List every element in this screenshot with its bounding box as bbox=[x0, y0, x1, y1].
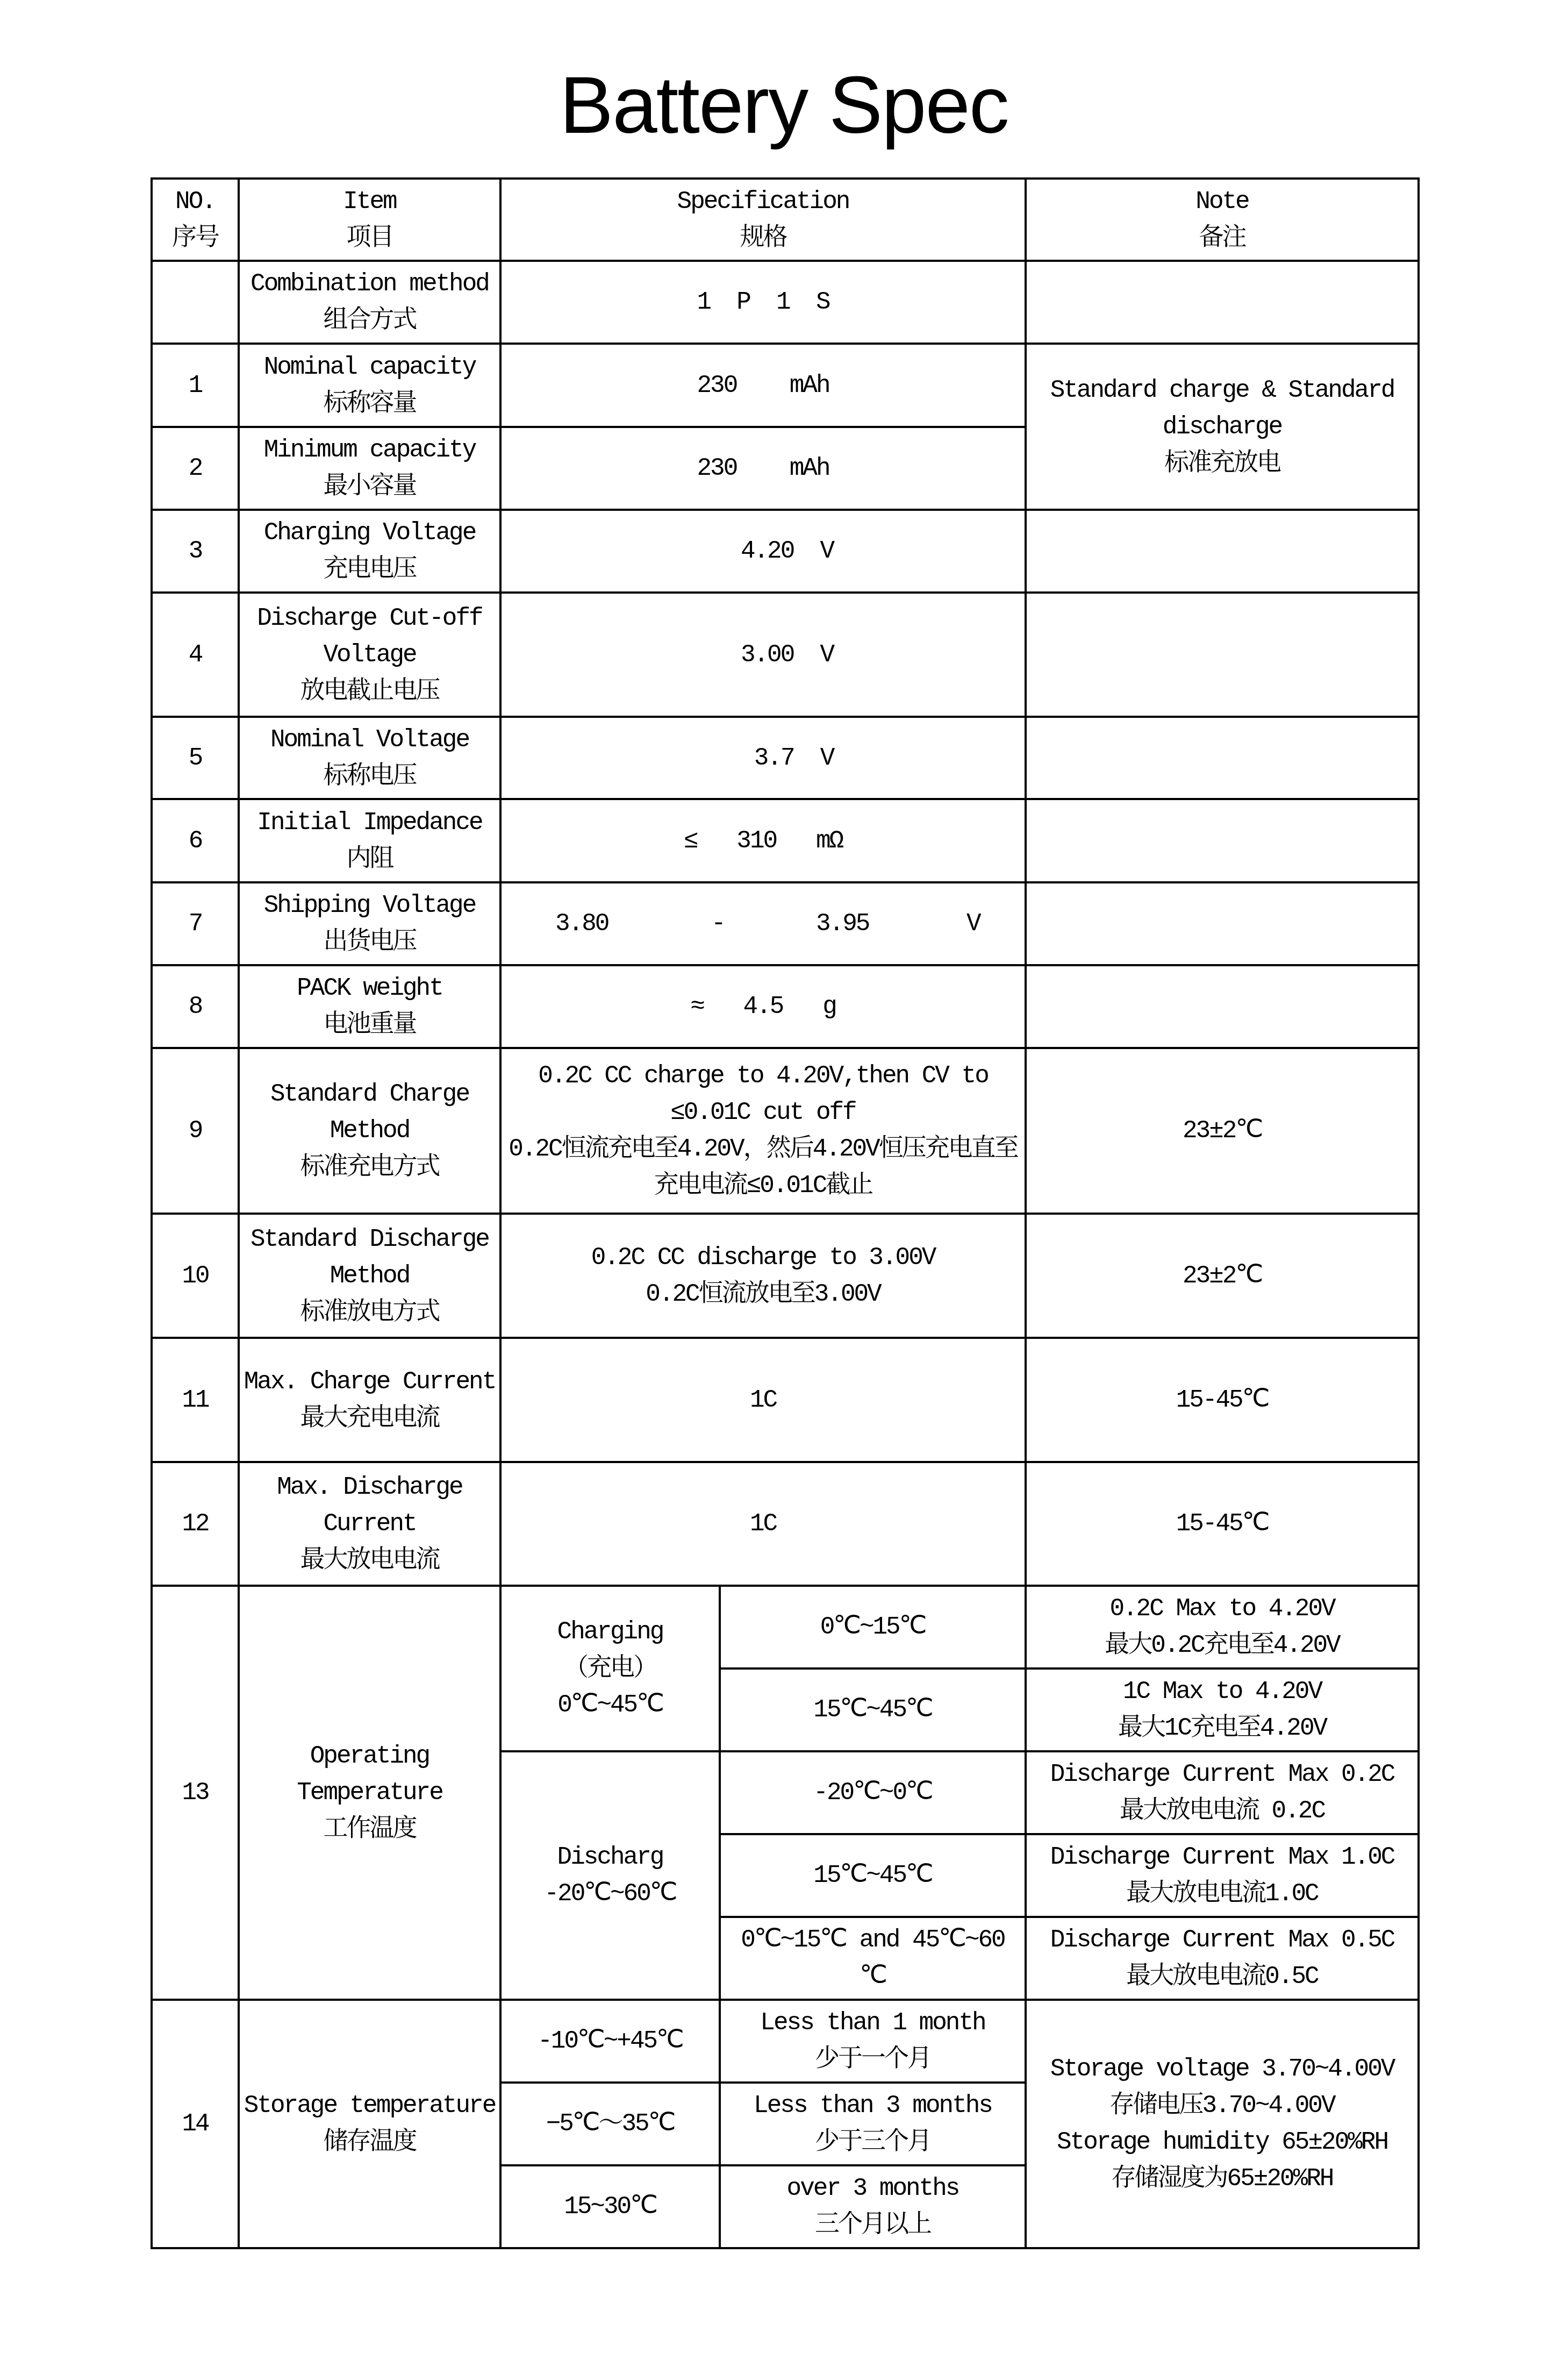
row-number: 7 bbox=[152, 882, 239, 965]
table-row: 9 Standard Charge Method 标准充电方式 0.2C CC … bbox=[152, 1048, 1419, 1214]
sub-note: Discharge Current Max 1.0C 最大放电电流1.0C bbox=[1026, 1834, 1419, 1917]
spec-value: 3.80-3.95V bbox=[500, 882, 1026, 965]
spec-value: ≤ 310 mΩ bbox=[500, 799, 1026, 882]
note-cell bbox=[1026, 261, 1419, 344]
row-number: 1 bbox=[152, 344, 239, 427]
spec-value: 1C bbox=[500, 1338, 1026, 1462]
header-item: Item 项目 bbox=[239, 179, 500, 261]
spec-value: 1C bbox=[500, 1462, 1026, 1586]
spec-value: 0.2C CC discharge to 3.00V 0.2C恒流放电至3.00… bbox=[500, 1214, 1026, 1338]
sub-range: 0℃~15℃ and 45℃~60 ℃ bbox=[720, 1917, 1026, 2000]
spec-value: 4.20 V bbox=[500, 510, 1026, 593]
row-number: 8 bbox=[152, 965, 239, 1048]
document-title: Battery Spec bbox=[0, 54, 1568, 156]
table-row: Combination method 组合方式 1 P 1 S bbox=[152, 261, 1419, 344]
table-row: 10 Standard Discharge Method 标准放电方式 0.2C… bbox=[152, 1214, 1419, 1338]
charging-range-cell: Charging （充电） 0℃~45℃ bbox=[500, 1586, 720, 1751]
table-row: 1 Nominal capacity 标称容量 230 mAh Standard… bbox=[152, 344, 1419, 427]
table-row: 7 Shipping Voltage 出货电压 3.80-3.95V bbox=[152, 882, 1419, 965]
item-cell: Standard Discharge Method 标准放电方式 bbox=[239, 1214, 500, 1338]
item-cell: Shipping Voltage 出货电压 bbox=[239, 882, 500, 965]
storage-range: −5℃～35℃ bbox=[500, 2083, 720, 2165]
item-cell: Initial Impedance 内阻 bbox=[239, 799, 500, 882]
sub-range: 0℃~15℃ bbox=[720, 1586, 1026, 1669]
note-cell: 23±2℃ bbox=[1026, 1214, 1419, 1338]
sub-range: -20℃~0℃ bbox=[720, 1751, 1026, 1834]
item-cell: Max. Discharge Current 最大放电电流 bbox=[239, 1462, 500, 1586]
note-cell bbox=[1026, 882, 1419, 965]
table-row: 3 Charging Voltage 充电电压 4.20 V bbox=[152, 510, 1419, 593]
row-number: 14 bbox=[152, 2000, 239, 2248]
spec-value: 3.00 V bbox=[500, 593, 1026, 717]
table-row-operating-1: 13 Operating Temperature 工作温度 Charging （… bbox=[152, 1586, 1419, 1669]
item-cell: Standard Charge Method 标准充电方式 bbox=[239, 1048, 500, 1214]
row-number: 4 bbox=[152, 593, 239, 717]
spec-value: 1 P 1 S bbox=[500, 261, 1026, 344]
table-row: 6 Initial Impedance 内阻 ≤ 310 mΩ bbox=[152, 799, 1419, 882]
header-row: NO. 序号 Item 项目 Specification 规格 Note 备注 bbox=[152, 179, 1419, 261]
item-cell: Charging Voltage 充电电压 bbox=[239, 510, 500, 593]
sub-note: 0.2C Max to 4.20V 最大0.2C充电至4.20V bbox=[1026, 1586, 1419, 1669]
item-cell: Discharge Cut-off Voltage 放电截止电压 bbox=[239, 593, 500, 717]
row-number: 13 bbox=[152, 1586, 239, 2000]
note-cell bbox=[1026, 799, 1419, 882]
item-cell: Operating Temperature 工作温度 bbox=[239, 1586, 500, 2000]
discharging-range-cell: Discharg -20℃~60℃ bbox=[500, 1751, 720, 2000]
table-row: 12 Max. Discharge Current 最大放电电流 1C 15-4… bbox=[152, 1462, 1419, 1586]
spec-value: 0.2C CC charge to 4.20V,then CV to ≤0.01… bbox=[500, 1048, 1026, 1214]
spec-value: 3.7 V bbox=[500, 717, 1026, 799]
spec-value: ≈ 4.5 g bbox=[500, 965, 1026, 1048]
sub-note: 1C Max to 4.20V 最大1C充电至4.20V bbox=[1026, 1669, 1419, 1751]
storage-duration: Less than 3 months 少于三个月 bbox=[720, 2083, 1026, 2165]
row-number: 10 bbox=[152, 1214, 239, 1338]
table-row: 11 Max. Charge Current 最大充电电流 1C 15-45℃ bbox=[152, 1338, 1419, 1462]
item-cell: Nominal capacity 标称容量 bbox=[239, 344, 500, 427]
row-number: 2 bbox=[152, 427, 239, 510]
table-row: 5 Nominal Voltage 标称电压 3.7 V bbox=[152, 717, 1419, 799]
row-number bbox=[152, 261, 239, 344]
table-row: 4 Discharge Cut-off Voltage 放电截止电压 3.00 … bbox=[152, 593, 1419, 717]
row-number: 5 bbox=[152, 717, 239, 799]
note-cell bbox=[1026, 510, 1419, 593]
storage-duration: Less than 1 month 少于一个月 bbox=[720, 2000, 1026, 2083]
note-cell: 15-45℃ bbox=[1026, 1462, 1419, 1586]
note-cell bbox=[1026, 965, 1419, 1048]
storage-note: Storage voltage 3.70~4.00V 存储电压3.70~4.00… bbox=[1026, 2000, 1419, 2248]
note-cell bbox=[1026, 717, 1419, 799]
note-cell bbox=[1026, 593, 1419, 717]
storage-duration: over 3 months 三个月以上 bbox=[720, 2165, 1026, 2248]
row-number: 9 bbox=[152, 1048, 239, 1214]
header-note: Note 备注 bbox=[1026, 179, 1419, 261]
item-cell: PACK weight 电池重量 bbox=[239, 965, 500, 1048]
sub-range: 15℃~45℃ bbox=[720, 1669, 1026, 1751]
battery-spec-table: NO. 序号 Item 项目 Specification 规格 Note 备注 … bbox=[151, 177, 1420, 2249]
item-cell: Combination method 组合方式 bbox=[239, 261, 500, 344]
row-number: 6 bbox=[152, 799, 239, 882]
item-cell: Max. Charge Current 最大充电电流 bbox=[239, 1338, 500, 1462]
sub-note: Discharge Current Max 0.5C 最大放电电流0.5C bbox=[1026, 1917, 1419, 2000]
row-number: 3 bbox=[152, 510, 239, 593]
note-cell-capacity: Standard charge & Standard discharge 标准充… bbox=[1026, 344, 1419, 510]
spec-value: 230 mAh bbox=[500, 427, 1026, 510]
item-cell: Minimum capacity 最小容量 bbox=[239, 427, 500, 510]
note-cell: 23±2℃ bbox=[1026, 1048, 1419, 1214]
item-cell: Storage temperature 储存温度 bbox=[239, 2000, 500, 2248]
header-no: NO. 序号 bbox=[152, 179, 239, 261]
note-cell: 15-45℃ bbox=[1026, 1338, 1419, 1462]
item-cell: Nominal Voltage 标称电压 bbox=[239, 717, 500, 799]
storage-range: 15~30℃ bbox=[500, 2165, 720, 2248]
header-specification: Specification 规格 bbox=[500, 179, 1026, 261]
spec-value: 230 mAh bbox=[500, 344, 1026, 427]
row-number: 11 bbox=[152, 1338, 239, 1462]
storage-range: -10℃~+45℃ bbox=[500, 2000, 720, 2083]
sub-note: Discharge Current Max 0.2C 最大放电电流 0.2C bbox=[1026, 1751, 1419, 1834]
sub-range: 15℃~45℃ bbox=[720, 1834, 1026, 1917]
table-row: 8 PACK weight 电池重量 ≈ 4.5 g bbox=[152, 965, 1419, 1048]
row-number: 12 bbox=[152, 1462, 239, 1586]
table-row-storage-1: 14 Storage temperature 储存温度 -10℃~+45℃ Le… bbox=[152, 2000, 1419, 2083]
